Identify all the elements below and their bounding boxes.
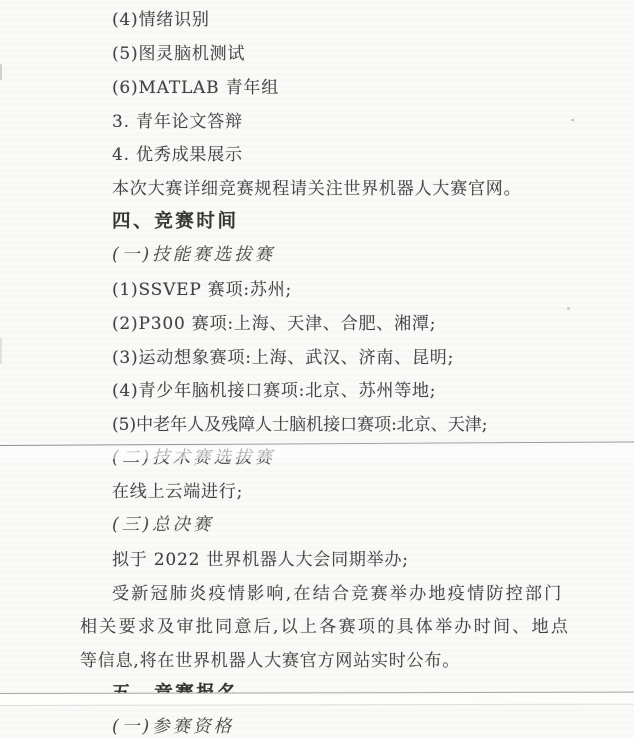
text-line: (6)MATLAB 青年组	[0, 68, 634, 102]
text-line: 等信息,将在世界机器人大赛官方网站实时公布。	[0, 642, 634, 676]
text-line: 拟于 2022 世界机器人大会同期举办;	[0, 541, 634, 575]
scan-speck	[567, 307, 570, 310]
text-line: (4)青少年脑机接口赛项:北京、苏州等地;	[0, 372, 634, 406]
scan-artifact-band	[0, 692, 634, 706]
text-line: 四、竞赛时间	[0, 203, 634, 237]
text-line: (三)总决赛	[0, 507, 634, 541]
text-line: 本次大赛详细竞赛规程请关注世界机器人大赛官网。	[0, 170, 634, 204]
document-body: (4)情绪识别(5)图灵脑机测试(6)MATLAB 青年组3. 青年论文答辩4.…	[0, 1, 634, 739]
scan-artifact-glow	[0, 446, 634, 459]
scanned-document-page: (4)情绪识别(5)图灵脑机测试(6)MATLAB 青年组3. 青年论文答辩4.…	[0, 0, 634, 739]
scan-smudge	[0, 338, 2, 364]
text-line: (5)中老年人及残障人士脑机接口赛项:北京、天津;	[0, 406, 634, 440]
text-line: (3)运动想象赛项:上海、武汉、济南、昆明;	[0, 338, 634, 372]
text-line: (1)SSVEP 赛项:苏州;	[0, 271, 634, 305]
text-line: 相关要求及审批同意后,以上各赛项的具体举办时间、地点	[0, 608, 634, 642]
scan-smudge	[0, 64, 2, 80]
text-line: 4. 优秀成果展示	[0, 136, 634, 170]
text-line: (2)P300 赛项:上海、天津、合肥、湘潭;	[0, 304, 634, 338]
text-line: 受新冠肺炎疫情影响,在结合竞赛举办地疫情防控部门	[0, 574, 634, 608]
text-line: (5)图灵脑机测试	[0, 35, 634, 69]
text-line: 3. 青年论文答辩	[0, 102, 634, 136]
text-line: (一)参赛资格	[0, 709, 634, 739]
text-line: (4)情绪识别	[0, 1, 634, 35]
text-line: (一)技能赛选拔赛	[0, 237, 634, 271]
text-line: 在线上云端进行;	[0, 473, 634, 507]
scan-speck	[571, 119, 574, 121]
